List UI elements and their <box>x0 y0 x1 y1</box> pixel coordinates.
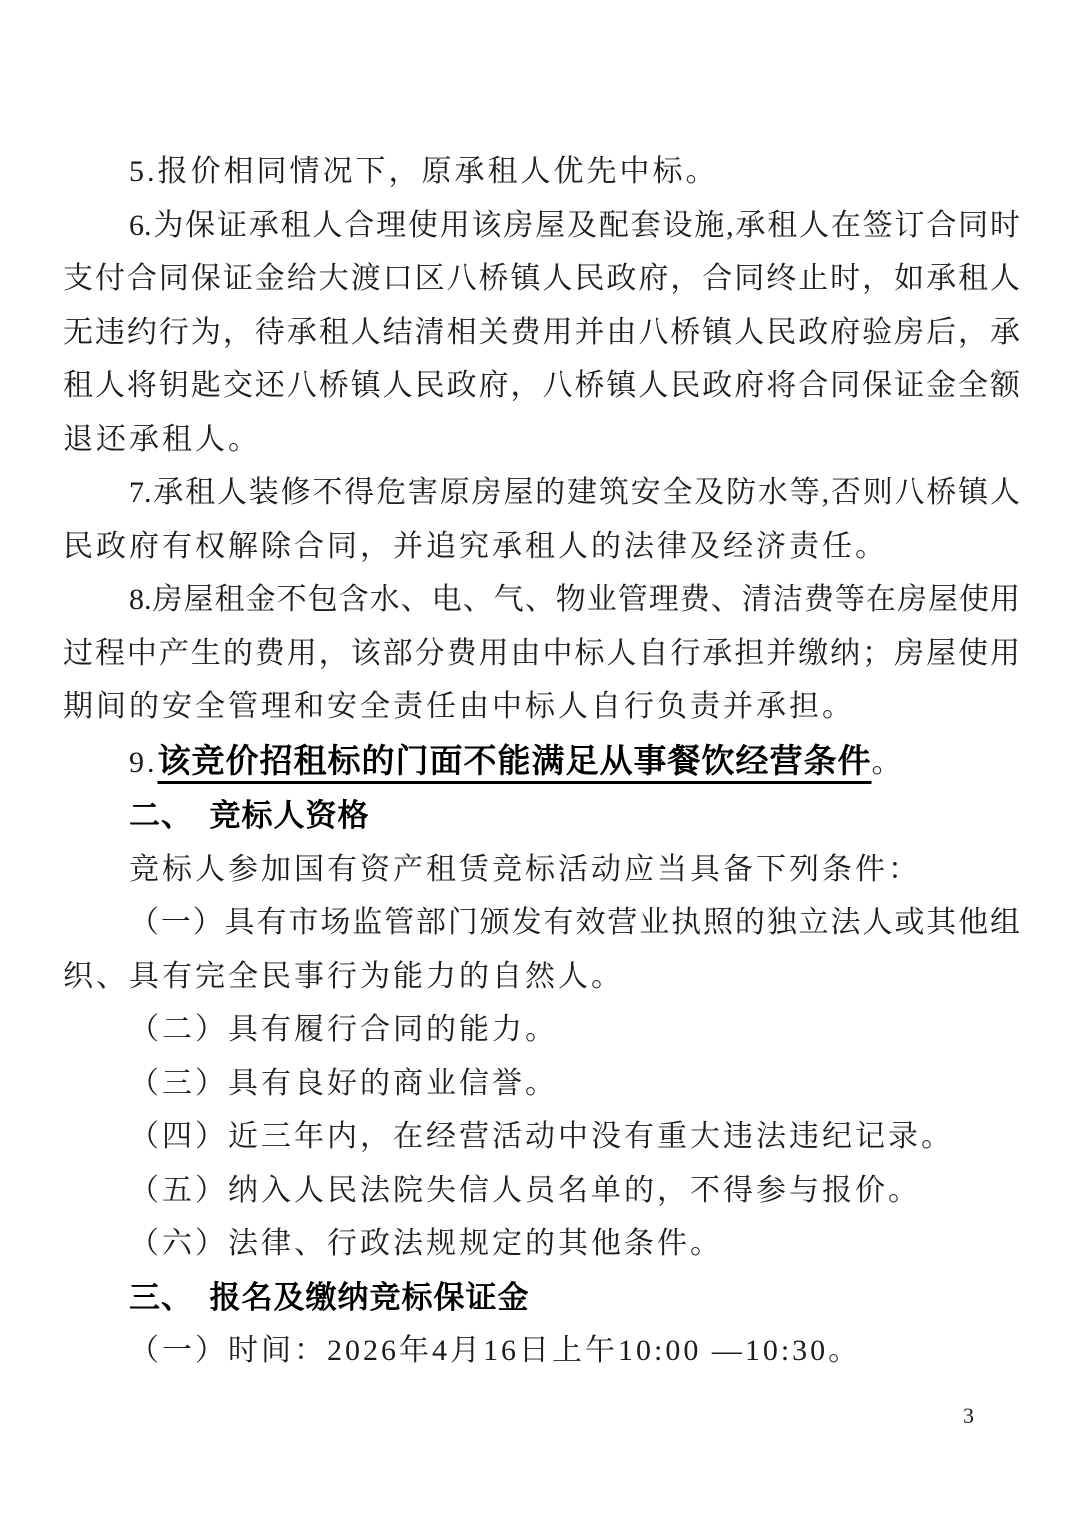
emphasized-underlined-text: 该竞价招租标的门面不能满足从事餐饮经营条件 <box>158 742 872 779</box>
text-line: （一）具有市场监管部门颁发有效营业执照的独立法人或其他组 <box>63 896 1020 950</box>
text-line: （一）时间：2026年4月16日上午10:00 —10:30。 <box>63 1324 1020 1378</box>
text-line: 7.承租人装修不得危害原房屋的建筑安全及防水等,否则八桥镇人 <box>63 466 1020 520</box>
text-line: 民政府有权解除合同，并追究承租人的法律及经济责任。 <box>63 520 1020 574</box>
text-line: 支付合同保证金给大渡口区八桥镇人民政府，合同终止时，如承租人 <box>63 252 1020 306</box>
text-line: 租人将钥匙交还八桥镇人民政府，八桥镇人民政府将合同保证金全额 <box>63 359 1020 413</box>
text-line: 退还承租人。 <box>63 413 1020 467</box>
text-line: （五）纳入人民法院失信人员名单的，不得参与报价。 <box>63 1164 1020 1218</box>
section-heading: 二、 竞标人资格 <box>63 789 1020 843</box>
text-segment: 9. <box>129 746 158 779</box>
text-segment: 。 <box>872 746 905 779</box>
text-line: 过程中产生的费用，该部分费用由中标人自行承担并缴纳；房屋使用 <box>63 627 1020 681</box>
page-number: 3 <box>963 1403 974 1429</box>
text-line: （六）法律、行政法规规定的其他条件。 <box>63 1217 1020 1271</box>
text-line: 织、具有完全民事行为能力的自然人。 <box>63 950 1020 1004</box>
text-line: （四）近三年内，在经营活动中没有重大违法违纪记录。 <box>63 1110 1020 1164</box>
text-line: 5.报价相同情况下，原承租人优先中标。 <box>63 145 1020 199</box>
text-line: 6.为保证承租人合理使用该房屋及配套设施,承租人在签订合同时 <box>63 199 1020 253</box>
document-body: 5.报价相同情况下，原承租人优先中标。6.为保证承租人合理使用该房屋及配套设施,… <box>63 145 1020 1378</box>
text-line: 竞标人参加国有资产租赁竞标活动应当具备下列条件： <box>63 843 1020 897</box>
text-line: （三）具有良好的商业信誉。 <box>63 1057 1020 1111</box>
document-page: 5.报价相同情况下，原承租人优先中标。6.为保证承租人合理使用该房屋及配套设施,… <box>0 0 1074 1520</box>
text-line: 期间的安全管理和安全责任由中标人自行负责并承担。 <box>63 680 1020 734</box>
text-line: 9.该竞价招租标的门面不能满足从事餐饮经营条件。 <box>63 734 1020 790</box>
text-line: 8.房屋租金不包含水、电、气、物业管理费、清洁费等在房屋使用 <box>63 573 1020 627</box>
section-heading: 三、 报名及缴纳竞标保证金 <box>63 1271 1020 1325</box>
text-line: 无违约行为，待承租人结清相关费用并由八桥镇人民政府验房后，承 <box>63 306 1020 360</box>
text-line: （二）具有履行合同的能力。 <box>63 1003 1020 1057</box>
